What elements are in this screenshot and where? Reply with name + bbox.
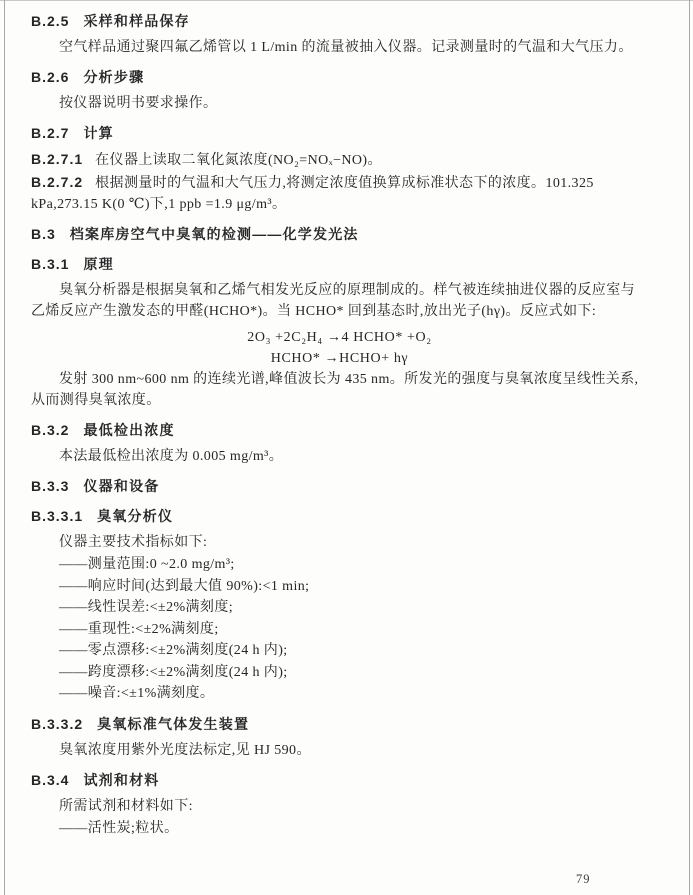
page-border-right — [689, 0, 690, 895]
clause-number: B.3.3 — [31, 478, 69, 494]
clause-heading-b332: B.3.3.2臭氧标准气体发生装置 — [31, 714, 648, 735]
clause-number: B.3.3.2 — [31, 716, 83, 732]
clause-title: 计算 — [83, 125, 113, 141]
clause-text: 在仪器上读取二氧化氮浓度(NO₂=NOₓ−NO)。 — [95, 153, 382, 168]
clause-heading-b26: B.2.6分析步骤 — [31, 67, 648, 88]
clause-number: B.3 — [31, 226, 56, 242]
clause-number: B.2.7.1 — [31, 151, 83, 167]
paragraph: 发射 300 nm~600 nm 的连续光谱,峰值波长为 435 nm。所发光的… — [31, 369, 648, 411]
clause-title: 臭氧分析仪 — [97, 508, 173, 524]
page-number: 79 — [576, 872, 591, 887]
reaction-formula-2: HCHO* →HCHO+ hγ — [31, 348, 648, 369]
paragraph: 按仪器说明书要求操作。 — [31, 93, 648, 114]
list-item: ——响应时间(达到最大值 90%):<1 min; — [31, 576, 648, 598]
paragraph: 仪器主要技术指标如下: — [31, 532, 648, 553]
paragraph: 臭氧浓度用紫外光度法标定,见 HJ 590。 — [31, 740, 648, 761]
clause-paragraph-b272: B.2.7.2根据测量时的气温和大气压力,将测定浓度值换算成标准状态下的浓度。1… — [31, 172, 648, 215]
clause-heading-b27: B.2.7计算 — [31, 123, 648, 144]
paragraph: 所需试剂和材料如下: — [31, 796, 648, 817]
list-item: ——噪音:<±1%满刻度。 — [31, 683, 648, 705]
clause-title: 最低检出浓度 — [83, 422, 174, 438]
clause-title: 档案库房空气中臭氧的检测——化学发光法 — [70, 226, 359, 242]
clause-title: 仪器和设备 — [83, 478, 159, 494]
clause-heading-b31: B.3.1原理 — [31, 254, 648, 275]
clause-paragraph-b271: B.2.7.1在仪器上读取二氧化氮浓度(NO₂=NOₓ−NO)。 — [31, 149, 648, 171]
page-border-top — [0, 0, 693, 1]
page-content: B.2.5采样和样品保存 空气样品通过聚四氟乙烯管以 1 L/min 的流量被抽… — [31, 6, 648, 839]
clause-number: B.2.5 — [31, 13, 69, 29]
clause-heading-b331: B.3.3.1臭氧分析仪 — [31, 506, 648, 527]
list-item: ——线性误差:<±2%满刻度; — [31, 597, 648, 619]
list-item: ——零点漂移:<±2%满刻度(24 h 内); — [31, 640, 648, 662]
clause-heading-b33: B.3.3仪器和设备 — [31, 476, 648, 497]
section-heading-b3: B.3档案库房空气中臭氧的检测——化学发光法 — [31, 224, 648, 245]
clause-number: B.3.2 — [31, 422, 69, 438]
clause-title: 分析步骤 — [83, 69, 144, 85]
clause-text: 根据测量时的气温和大气压力,将测定浓度值换算成标准状态下的浓度。101.325 … — [31, 176, 594, 212]
list-item: ——重现性:<±2%满刻度; — [31, 619, 648, 641]
clause-number: B.3.4 — [31, 772, 69, 788]
paragraph: 臭氧分析器是根据臭氧和乙烯气相发光反应的原理制成的。样气被连续抽进仪器的反应室与… — [31, 280, 648, 322]
clause-number: B.2.7.2 — [31, 174, 83, 190]
clause-heading-b32: B.3.2最低检出浓度 — [31, 420, 648, 441]
clause-title: 试剂和材料 — [83, 772, 159, 788]
list-item: ——测量范围:0 ~2.0 mg/m³; — [31, 554, 648, 576]
document-page: B.2.5采样和样品保存 空气样品通过聚四氟乙烯管以 1 L/min 的流量被抽… — [0, 0, 693, 895]
clause-heading-b34: B.3.4试剂和材料 — [31, 770, 648, 791]
reaction-formula-1: 2O₃ +2C₂H₄ →4 HCHO* +O₂ — [31, 327, 648, 348]
clause-title: 臭氧标准气体发生装置 — [97, 716, 249, 732]
clause-heading-b25: B.2.5采样和样品保存 — [31, 11, 648, 32]
clause-number: B.3.1 — [31, 256, 69, 272]
clause-number: B.2.7 — [31, 125, 69, 141]
list-item: ——活性炭;粒状。 — [31, 818, 648, 840]
clause-number: B.3.3.1 — [31, 508, 83, 524]
list-item: ——跨度漂移:<±2%满刻度(24 h 内); — [31, 662, 648, 684]
page-border-left — [4, 0, 5, 895]
paragraph: 本法最低检出浓度为 0.005 mg/m³。 — [31, 446, 648, 467]
clause-title: 采样和样品保存 — [83, 13, 189, 29]
clause-number: B.2.6 — [31, 69, 69, 85]
clause-title: 原理 — [83, 256, 113, 272]
paragraph: 空气样品通过聚四氟乙烯管以 1 L/min 的流量被抽入仪器。记录测量时的气温和… — [31, 37, 648, 58]
